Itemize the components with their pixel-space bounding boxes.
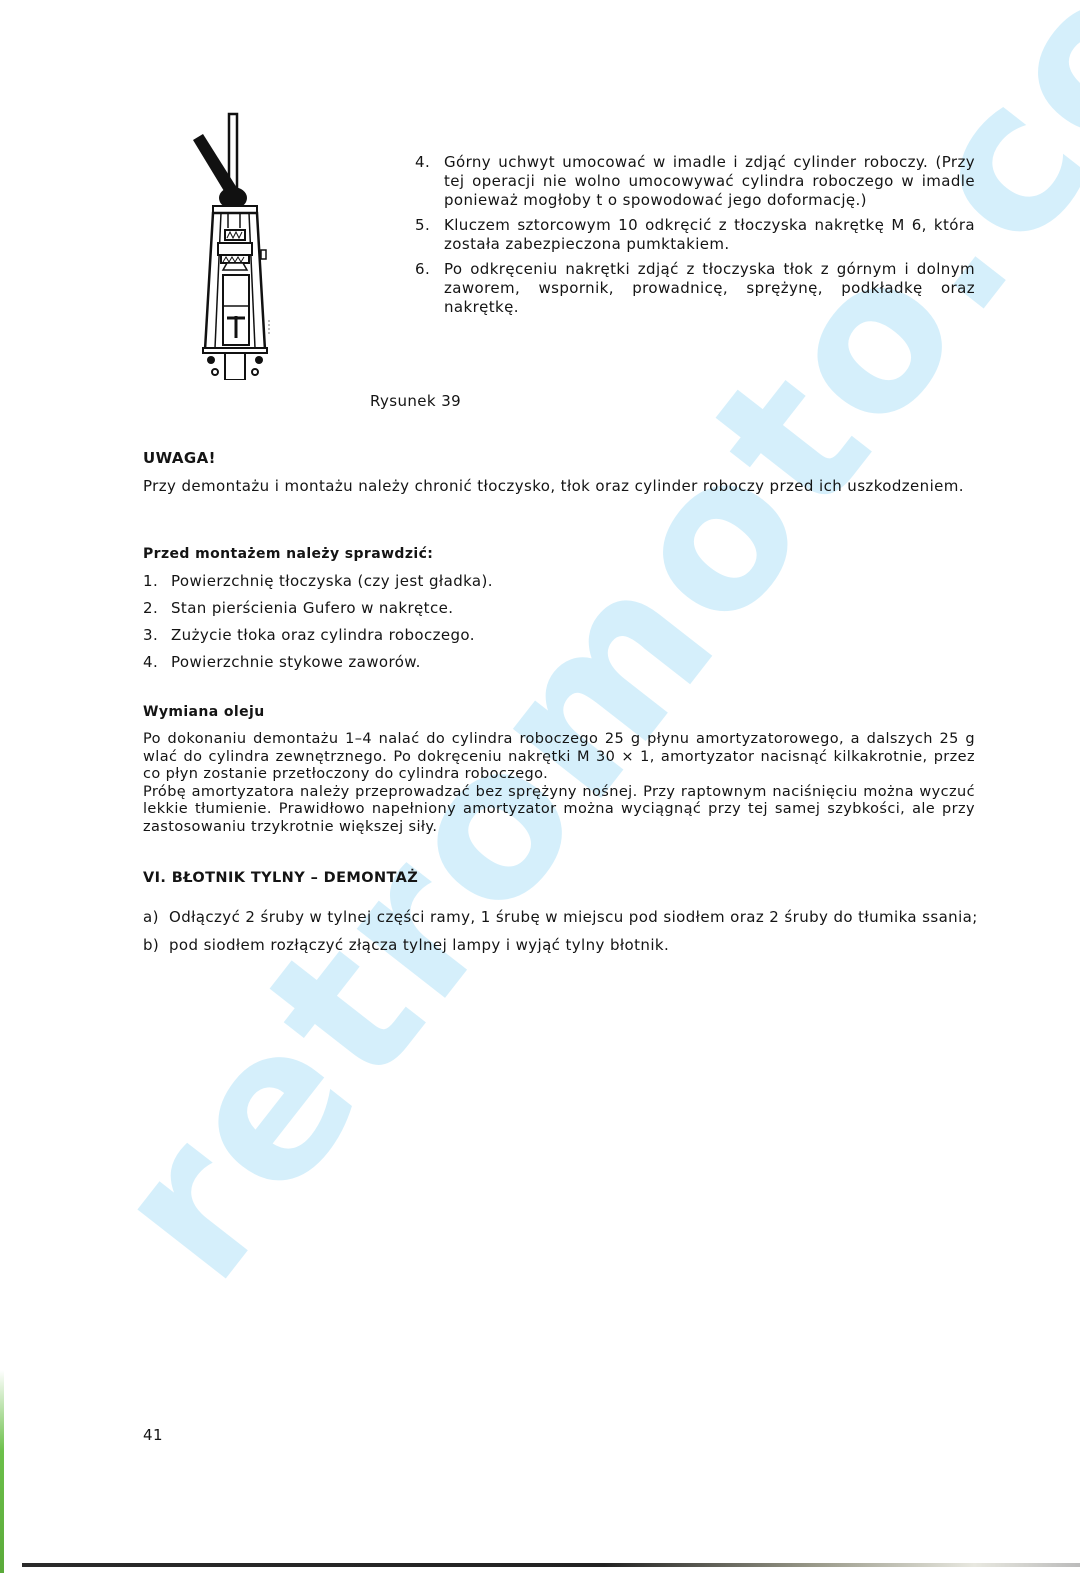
scan-edge-bottom [22,1563,1080,1567]
step-number: 6. [415,260,444,317]
list-item: b) pod siodłem rozłączyć złącza tylnej l… [143,936,983,955]
item-text: Odłączyć 2 śruby w tylnej części ramy, 1… [169,908,983,927]
item-number: 2. [143,599,171,626]
section-heading: VI. BŁOTNIK TYLNY – DEMONTAŻ [143,869,418,888]
checklist: 1. Powierzchnię tłoczyska (czy jest gład… [143,572,743,680]
step-text: Górny uchwyt umocować w imadle i zdjąć c… [444,153,975,210]
item-number: 3. [143,626,171,653]
section-vi-list: a) Odłączyć 2 śruby w tylnej części ramy… [143,908,983,964]
item-label: a) [143,908,169,927]
step-number: 5. [415,216,444,254]
item-text: Zużycie tłoka oraz cylindra roboczego. [171,626,475,653]
warning-heading: UWAGA! [143,449,216,468]
checklist-item: 3. Zużycie tłoka oraz cylindra roboczego… [143,626,743,653]
checklist-heading: Przed montażem należy sprawdzić: [143,545,433,564]
item-number: 1. [143,572,171,599]
document-page: retromoto.com [0,0,1080,1573]
oil-change-text: Po dokonaniu demontażu 1–4 nalać do cyli… [143,731,975,836]
item-text: Powierzchnię tłoczyska (czy jest gładka)… [171,572,493,599]
item-text: Powierzchnie stykowe zaworów. [171,653,421,680]
item-label: b) [143,936,169,955]
item-number: 4. [143,653,171,680]
item-text: pod siodłem rozłączyć złącza tylnej lamp… [169,936,983,955]
step-item: 4. Górny uchwyt umocować w imadle i zdją… [415,153,975,210]
page-number: 41 [143,1426,163,1445]
step-item: 5. Kluczem sztorcowym 10 odkręcić z tłoc… [415,216,975,254]
step-text: Po odkręceniu nakrętki zdjąć z tłoczyska… [444,260,975,317]
scan-edge-left [0,1370,4,1573]
step-number: 4. [415,153,444,210]
paragraph: Próbę amortyzatora należy przeprowadzać … [143,784,975,837]
paragraph: Po dokonaniu demontażu 1–4 nalać do cyli… [143,731,975,784]
shock-absorber-illustration [185,110,285,380]
disassembly-steps: 4. Górny uchwyt umocować w imadle i zdją… [415,153,975,323]
item-text: Stan pierścienia Gufero w nakrętce. [171,599,453,626]
figure-caption: Rysunek 39 [370,392,461,411]
checklist-item: 1. Powierzchnię tłoczyska (czy jest gład… [143,572,743,599]
list-item: a) Odłączyć 2 śruby w tylnej części ramy… [143,908,983,927]
checklist-item: 4. Powierzchnie stykowe zaworów. [143,653,743,680]
oil-change-heading: Wymiana oleju [143,703,265,722]
checklist-item: 2. Stan pierścienia Gufero w nakrętce. [143,599,743,626]
shock-absorber-in-vise-icon [185,110,285,380]
warning-text: Przy demontażu i montażu należy chronić … [143,477,975,496]
step-text: Kluczem sztorcowym 10 odkręcić z tłoczys… [444,216,975,254]
step-item: 6. Po odkręceniu nakrętki zdjąć z tłoczy… [415,260,975,317]
